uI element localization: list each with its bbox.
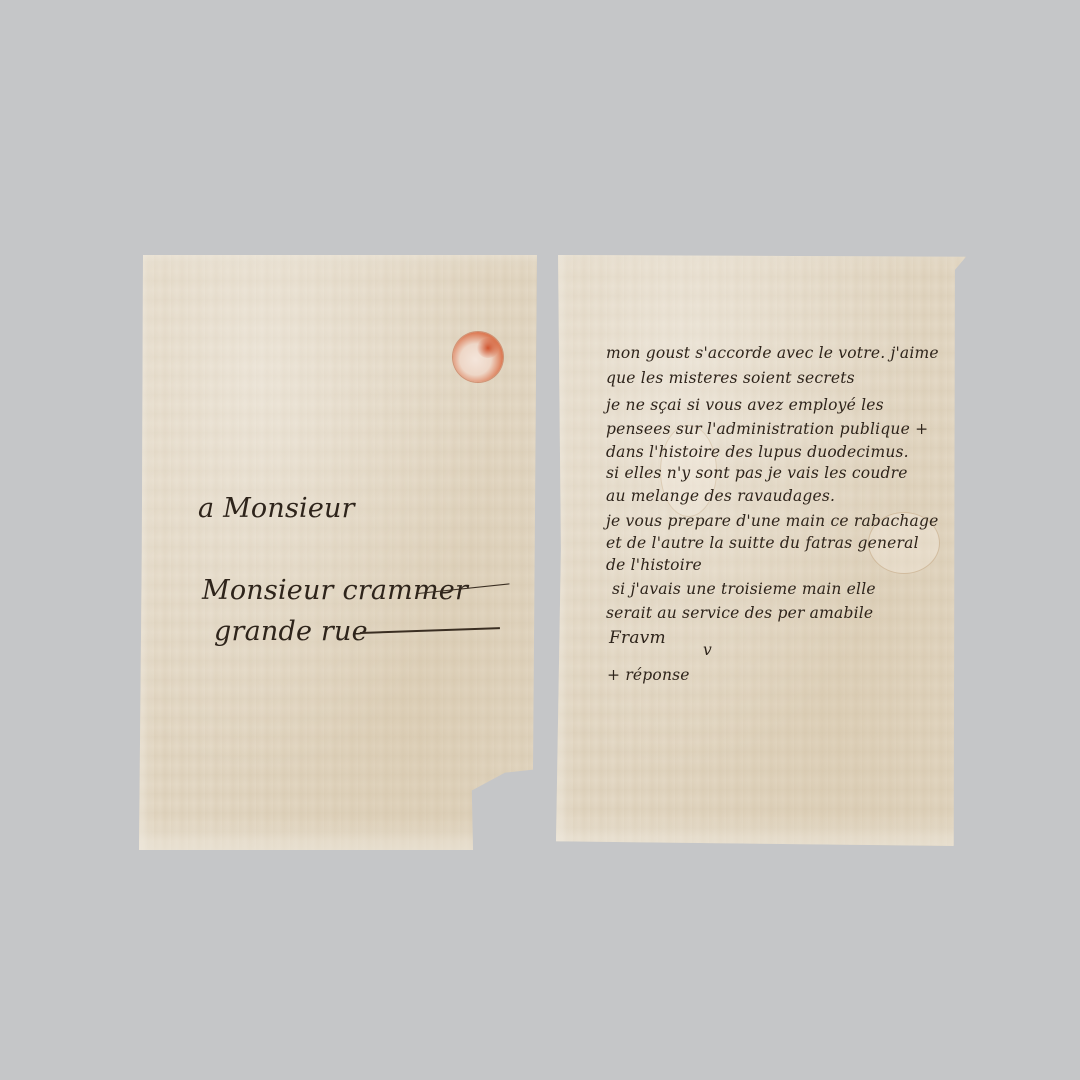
letter-line: si j'avais une troisieme main elle <box>612 580 876 598</box>
letter-line: pensees sur l'administration publique + <box>606 420 928 438</box>
letter-line: dans l'histoire des lupus duodecimus. <box>606 443 909 461</box>
address-line-2: Monsieur crammer <box>202 575 468 606</box>
letter-postscript: + réponse <box>607 666 690 684</box>
letter-mark: v <box>703 641 712 659</box>
letter-line: que les misteres soient secrets <box>606 369 855 387</box>
letter-line: serait au service des per amabile <box>606 604 873 622</box>
photo-background: a Monsieur Monsieur crammer grande rue m… <box>0 0 1080 1080</box>
letter-signature: Fravm <box>609 628 666 648</box>
address-line-3: grande rue <box>214 616 368 647</box>
letter-line: de l'histoire <box>606 556 702 574</box>
letter-line: je ne sçai si vous avez employé les <box>606 396 884 414</box>
letter-line: mon goust s'accorde avec le votre. j'aim… <box>606 344 939 362</box>
wax-seal <box>453 332 503 382</box>
letter-line: je vous prepare d'une main ce rabachage <box>606 512 938 530</box>
letter-line: et de l'autre la suitte du fatras genera… <box>606 534 919 552</box>
letter-line: au melange des ravaudages. <box>606 487 835 505</box>
letter-line: si elles n'y sont pas je vais les coudre <box>606 464 908 482</box>
address-line-1: a Monsieur <box>198 493 355 524</box>
